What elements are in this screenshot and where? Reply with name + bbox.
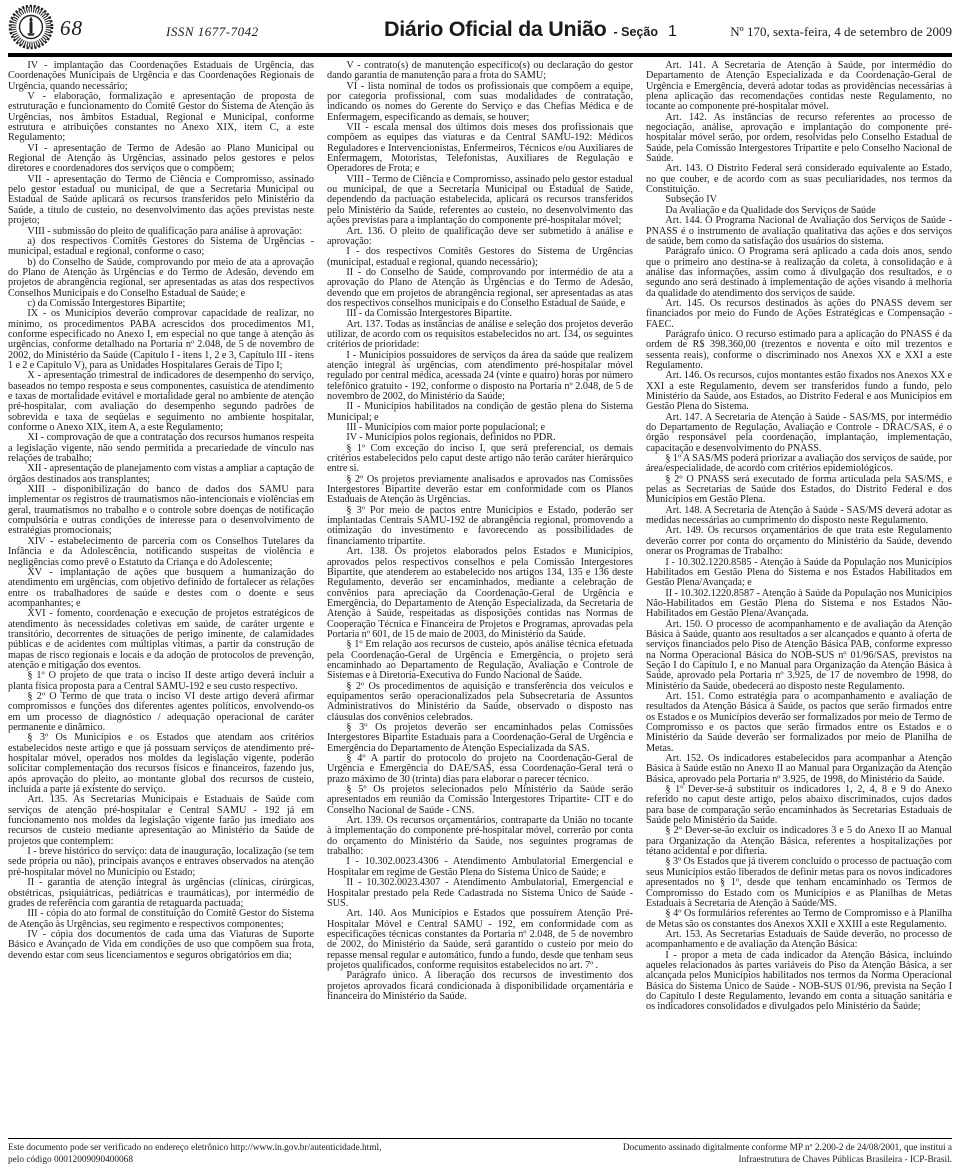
paragraph: Art. 149. Os recursos orçamentários de q… xyxy=(646,526,952,557)
paragraph: II - do Conselho de Saúde, comprovando p… xyxy=(327,268,633,309)
paragraph: Art. 139. Os recursos orçamentários, con… xyxy=(327,816,633,857)
header-rule xyxy=(8,53,952,57)
page-header: 68 ISSN 1677-7042 Diário Oficial da Uniã… xyxy=(8,0,952,54)
paragraph: II - 10.302.1220.8587 - Atenção à Saúde … xyxy=(646,589,952,620)
paragraph: § 2º O PNASS será executado de forma art… xyxy=(646,475,952,506)
paragraph: Art. 153. As Secretarias Estaduais de Sa… xyxy=(646,930,952,951)
paragraph: Art. 144. O Programa Nacional de Avaliaç… xyxy=(646,216,952,247)
paragraph: § 1º Dever-se-á substituir os indicadore… xyxy=(646,785,952,826)
paragraph: § 1º O projeto de que trata o inciso II … xyxy=(8,671,314,692)
page-footer: Este documento pode ser verificado no en… xyxy=(8,1143,952,1166)
paragraph: Art. 135. As Secretarias Municipais e Es… xyxy=(8,795,314,847)
footer-signature-line1: Documento assinado digitalmente conforme… xyxy=(623,1143,952,1155)
masthead: Diário Oficial da União - Seção 1 xyxy=(384,17,677,42)
article-body: IV - implantação das Coordenações Estadu… xyxy=(8,61,952,1127)
paragraph: III - cópia do ato formal de constituiçã… xyxy=(8,909,314,930)
paragraph: VII - apresentação do Termo de Ciência e… xyxy=(8,175,314,227)
paragraph: XV - implantação de ações que busquem a … xyxy=(8,568,314,609)
masthead-section-label: - Seção xyxy=(613,25,657,39)
paragraph: XIV - estabelecimento de parceria com os… xyxy=(8,537,314,568)
masthead-section-number: 1 xyxy=(668,23,677,41)
paragraph: I - 10.302.0023.4306 - Atendimento Ambul… xyxy=(327,857,633,878)
paragraph: Art. 146. Os recursos, cujos montantes e… xyxy=(646,371,952,412)
footer-rule xyxy=(8,1138,952,1139)
paragraph: XII - apresentação de planejamento com v… xyxy=(8,464,314,485)
paragraph: Parágrafo único. O Programa será aplicad… xyxy=(646,247,952,299)
edition-date: Nº 170, sexta-feira, 4 de setembro de 20… xyxy=(730,24,952,40)
paragraph: § 2º Os procedimentos de aquisição e tra… xyxy=(327,682,633,723)
paragraph: § 2º Dever-se-ão excluir os indicadores … xyxy=(646,826,952,857)
text-column-3: Art. 141. A Secretaria de Atenção à Saúd… xyxy=(646,61,952,1127)
paragraph: V - contrato(s) de manutenção específico… xyxy=(327,61,633,82)
gazette-page: 68 ISSN 1677-7042 Diário Oficial da Uniã… xyxy=(0,0,960,1168)
issn-label: ISSN 1677-7042 xyxy=(166,24,259,40)
footer-signature-line2: Infraestrutura de Chaves Públicas Brasil… xyxy=(623,1155,952,1167)
paragraph: I - Municípios possuidores de serviços d… xyxy=(327,351,633,403)
page-number: 68 xyxy=(60,16,83,41)
paragraph: II - Municípios habilitados na condição … xyxy=(327,402,633,423)
paragraph: Parágrafo único. A liberação dos recurso… xyxy=(327,971,633,1002)
text-column-2: V - contrato(s) de manutenção específico… xyxy=(327,61,633,1127)
paragraph: Art. 151. Como estratégia para o acompan… xyxy=(646,692,952,754)
paragraph: § 2º Os projetos previamente analisados … xyxy=(327,475,633,506)
paragraph: VII - escala mensal dos últimos dois mes… xyxy=(327,123,633,175)
paragraph: I - dos respectivos Comitês Gestores do … xyxy=(327,247,633,268)
paragraph: II - garantia de atenção integral às urg… xyxy=(8,878,314,909)
paragraph: Art. 141. A Secretaria de Atenção à Saúd… xyxy=(646,61,952,113)
masthead-title: Diário Oficial da União xyxy=(384,17,606,42)
imprensa-nacional-seal-icon xyxy=(8,3,54,51)
paragraph: Art. 140. Aos Municípios e Estados que p… xyxy=(327,909,633,971)
paragraph: VI - apresentação de Termo de Adesão ao … xyxy=(8,144,314,175)
footer-verification: Este documento pode ser verificado no en… xyxy=(8,1143,381,1166)
paragraph: Art. 148. A Secretaria de Atenção à Saúd… xyxy=(646,506,952,527)
paragraph: Parágrafo único. O recurso estimado para… xyxy=(646,330,952,371)
paragraph: § 4º A partir do protocolo do projeto na… xyxy=(327,754,633,785)
paragraph: Art. 147. A Secretaria de Atenção à Saúd… xyxy=(646,413,952,454)
paragraph: XI - comprovação de que a contratação do… xyxy=(8,433,314,464)
paragraph: II - 10.302.0023.4307 - Atendimento Ambu… xyxy=(327,878,633,909)
paragraph: Art. 143. O Distrito Federal será consid… xyxy=(646,164,952,195)
paragraph: Art. 142. As instâncias de recurso refer… xyxy=(646,113,952,165)
paragraph: § 1º A SAS/MS poderá priorizar a avaliaç… xyxy=(646,454,952,475)
paragraph: § 1º Com exceção do inciso I, que será p… xyxy=(327,444,633,475)
paragraph: IV - implantação das Coordenações Estadu… xyxy=(8,61,314,92)
paragraph: § 3º Os projetos deverão ser encaminhado… xyxy=(327,723,633,754)
paragraph: a) dos respectivos Comitês Gestores do S… xyxy=(8,237,314,258)
paragraph: § 2º O Termo de que trata o inciso VI de… xyxy=(8,692,314,733)
paragraph: § 4º Os formulários referentes ao Termo … xyxy=(646,909,952,930)
paragraph: Art. 136. O pleito de qualificação deve … xyxy=(327,227,633,248)
paragraph: I - breve histórico do serviço: data de … xyxy=(8,847,314,878)
paragraph: Art. 150. O processo de acompanhamento e… xyxy=(646,620,952,692)
footer-verification-line2: pelo código 00012009090400068 xyxy=(8,1155,381,1167)
footer-verification-line1: Este documento pode ser verificado no en… xyxy=(8,1143,381,1155)
text-column-1: IV - implantação das Coordenações Estadu… xyxy=(8,61,314,1127)
paragraph: Art. 145. Os recursos destinados às açõe… xyxy=(646,299,952,330)
paragraph: § 5º Os projetos selecionados pelo Minis… xyxy=(327,785,633,816)
paragraph: I - 10.302.1220.8585 - Atenção à Saúde d… xyxy=(646,558,952,589)
paragraph: § 1º Em relação aos recursos de custeio,… xyxy=(327,640,633,681)
paragraph: IX - os Municípios deverão comprovar cap… xyxy=(8,309,314,371)
paragraph: VI - lista nominal de todos os profissio… xyxy=(327,82,633,123)
paragraph: V - elaboração, formalização e apresenta… xyxy=(8,92,314,144)
paragraph: § 3º Os Municípios e os Estados que aten… xyxy=(8,733,314,795)
paragraph: VIII - Termo de Ciência e Compromisso, a… xyxy=(327,175,633,227)
paragraph: § 3º Por meio de pactos entre Municípios… xyxy=(327,506,633,547)
paragraph: XVI - fomento, coordenação e execução de… xyxy=(8,609,314,671)
paragraph: Art. 138. Os projetos elaborados pelos E… xyxy=(327,547,633,640)
paragraph: b) do Conselho de Saúde, comprovando por… xyxy=(8,258,314,299)
paragraph: XIII - disponibilização do banco de dado… xyxy=(8,485,314,537)
paragraph: IV - cópia dos documentos de cada uma da… xyxy=(8,930,314,961)
paragraph: Art. 152. Os indicadores estabelecidos p… xyxy=(646,754,952,785)
paragraph: § 3º Os Estados que já tiverem concluído… xyxy=(646,857,952,909)
paragraph: X - apresentação trimestral de indicador… xyxy=(8,371,314,433)
paragraph: I - propor a meta de cada indicador da A… xyxy=(646,951,952,1013)
paragraph: Art. 137. Todas as instâncias de análise… xyxy=(327,320,633,351)
footer-signature: Documento assinado digitalmente conforme… xyxy=(623,1143,952,1166)
